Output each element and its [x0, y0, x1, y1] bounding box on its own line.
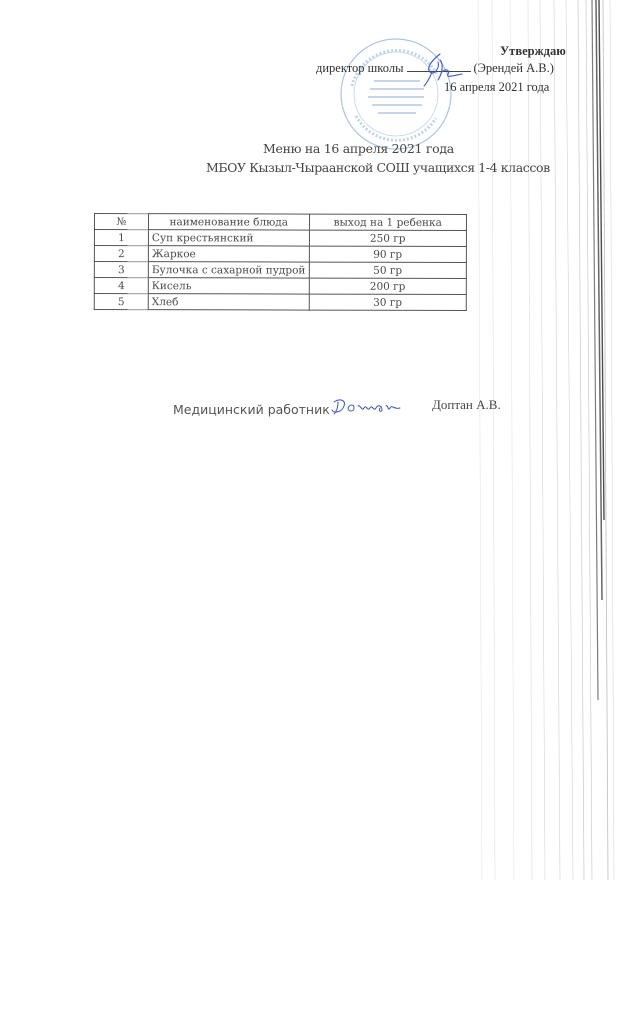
approval-title: Утверждаю: [500, 44, 566, 59]
dish-output: 30 гр: [309, 294, 466, 310]
column-header-output: выход на 1 ребенка: [309, 214, 466, 230]
dish-output: 250 гр: [309, 230, 466, 246]
row-number: 2: [94, 246, 148, 262]
dish-output: 90 гр: [309, 246, 466, 262]
approval-date: 16 апреля 2021 года: [444, 80, 549, 95]
row-number: 1: [94, 230, 148, 246]
dish-name: Булочка с сахарной пудрой: [148, 262, 309, 278]
table-row: 2 Жаркое 90 гр: [94, 246, 466, 263]
table-row: 1 Суп крестьянский 250 гр: [94, 230, 466, 247]
dish-name: Жаркое: [148, 246, 309, 262]
director-line: директор школы(Эрендей А.В.): [316, 61, 554, 76]
dish-name: Хлеб: [148, 294, 309, 310]
column-header-number: №: [94, 214, 148, 230]
menu-title: Меню на 16 апреля 2021 года: [263, 141, 454, 156]
dish-name: Кисель: [148, 278, 309, 294]
dish-name: Суп крестьянский: [148, 230, 309, 246]
table-row: 3 Булочка с сахарной пудрой 50 гр: [94, 262, 466, 279]
school-stamp: [338, 36, 454, 152]
medic-name: Доптан А.В.: [432, 397, 501, 413]
table-header-row: № наименование блюда выход на 1 ребенка: [94, 214, 466, 231]
signature-line: [407, 61, 471, 72]
medic-signature: [330, 396, 402, 418]
medic-label: Медицинский работник: [173, 402, 330, 417]
director-name: (Эрендей А.В.): [473, 61, 553, 75]
table-row: 4 Кисель 200 гр: [94, 278, 466, 295]
dish-output: 200 гр: [309, 278, 466, 294]
scan-streaks: [470, 0, 622, 880]
column-header-dish: наименование блюда: [148, 214, 309, 230]
row-number: 4: [94, 278, 148, 294]
table-row: 5 Хлеб 30 гр: [94, 294, 466, 311]
dish-output: 50 гр: [309, 262, 466, 278]
school-title: МБОУ Кызыл-Чыраанской СОШ учащихся 1-4 к…: [206, 160, 550, 175]
row-number: 3: [94, 262, 148, 278]
document-page: Утверждаю директор школы(Эрендей А.В.) 1…: [0, 0, 622, 1024]
director-label: директор школы: [316, 61, 403, 75]
menu-table: № наименование блюда выход на 1 ребенка …: [94, 213, 467, 311]
row-number: 5: [94, 294, 148, 310]
